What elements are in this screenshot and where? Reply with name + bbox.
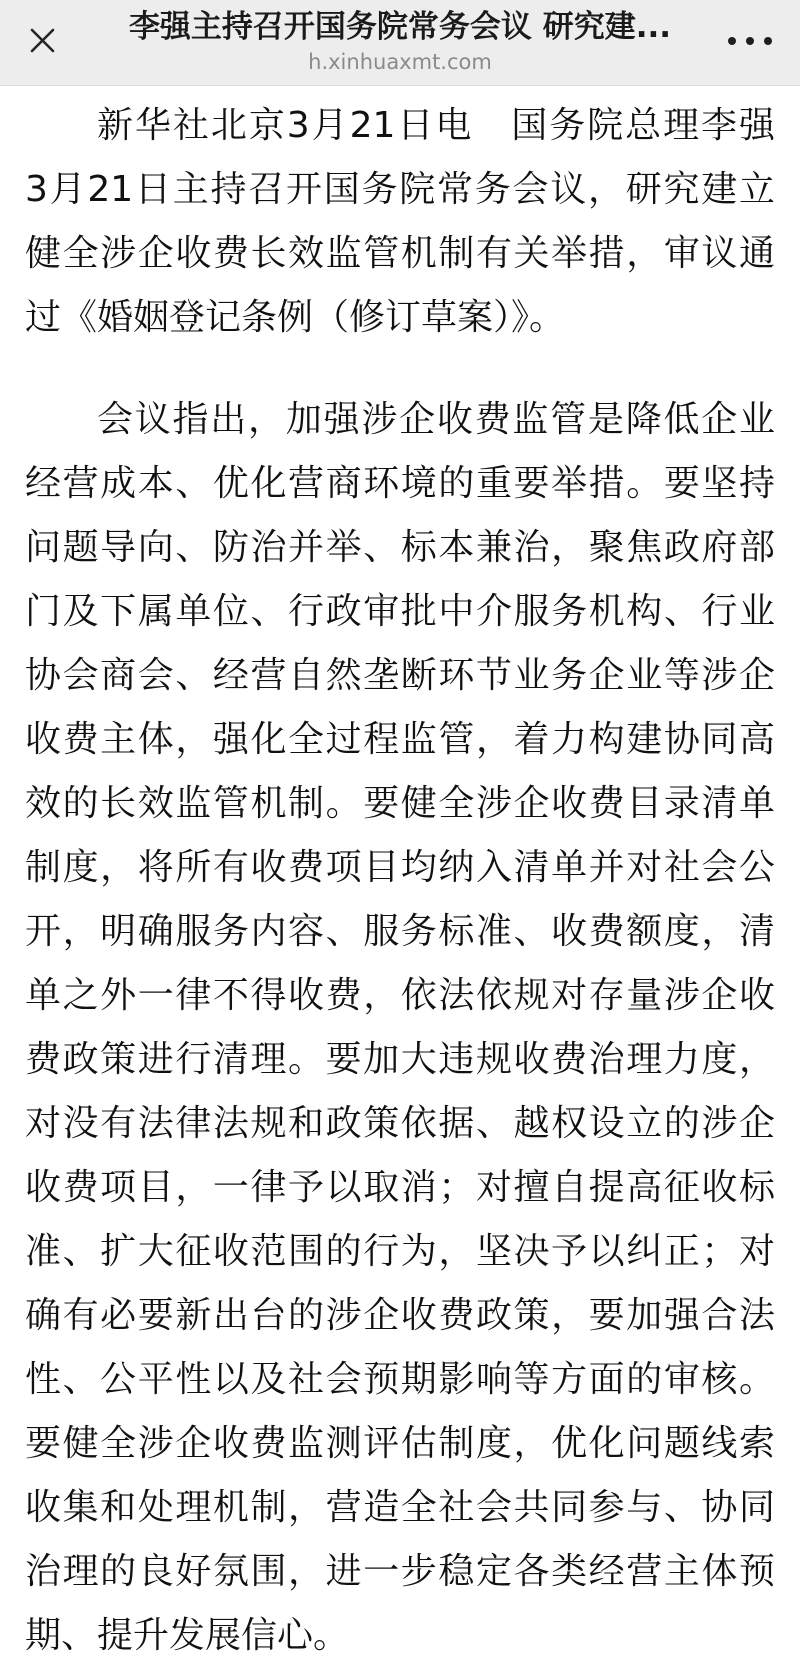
- text-line: 收费项目，一律予以取消；对擅自提高征收标: [25, 1156, 775, 1220]
- text-line: 治理的良好氛围，进一步稳定各类经营主体预: [25, 1540, 775, 1604]
- text-line: 开，明确服务内容、服务标准、收费额度，清: [25, 900, 775, 964]
- page-url: h.xinhuaxmt.com: [95, 48, 705, 76]
- text-line: 制度，将所有收费项目均纳入清单并对社会公: [25, 836, 775, 900]
- text-line: 经营成本、优化营商环境的重要举措。要坚持: [25, 452, 775, 516]
- text-line: 准、扩大征收范围的行为，坚决予以纠正；对: [25, 1220, 775, 1284]
- text-line: 确有必要新出台的涉企收费政策，要加强合法: [25, 1284, 775, 1348]
- article-content: 新华社北京3月21日电 国务院总理李强3月21日主持召开国务院常务会议，研究建立…: [0, 86, 800, 1668]
- text-line: 健全涉企收费长效监管机制有关举措，审议通: [25, 222, 775, 286]
- close-button[interactable]: [20, 18, 64, 62]
- text-line: 效的长效监管机制。要健全涉企收费目录清单: [25, 772, 775, 836]
- wechat-browser-screen: 李强主持召开国务院常务会议 研究建... h.xinhuaxmt.com 新华社…: [0, 0, 800, 1679]
- paragraph: 会议指出，加强涉企收费监管是降低企业经营成本、优化营商环境的重要举措。要坚持问题…: [25, 388, 775, 1668]
- text-line: 收费主体，强化全过程监管，着力构建协同高: [25, 708, 775, 772]
- text-line: 期、提升发展信心。: [25, 1604, 775, 1668]
- text-line: 问题导向、防治并举、标本兼治，聚焦政府部: [25, 516, 775, 580]
- page-title: 李强主持召开国务院常务会议 研究建...: [95, 8, 705, 46]
- ellipsis-dot: [728, 37, 736, 45]
- paragraph: 新华社北京3月21日电 国务院总理李强3月21日主持召开国务院常务会议，研究建立…: [25, 94, 775, 350]
- text-line: 新华社北京3月21日电 国务院总理李强: [25, 94, 775, 158]
- text-line: 过《婚姻登记条例（修订草案）》。: [25, 286, 775, 350]
- close-icon: [29, 27, 56, 54]
- text-line: 会议指出，加强涉企收费监管是降低企业: [25, 388, 775, 452]
- article-body: 新华社北京3月21日电 国务院总理李强3月21日主持召开国务院常务会议，研究建立…: [25, 94, 775, 1668]
- text-line: 费政策进行清理。要加大违规收费治理力度，: [25, 1028, 775, 1092]
- text-line: 收集和处理机制，营造全社会共同参与、协同: [25, 1476, 775, 1540]
- text-line: 性、公平性以及社会预期影响等方面的审核。: [25, 1348, 775, 1412]
- text-line: 要健全涉企收费监测评估制度，优化问题线索: [25, 1412, 775, 1476]
- ellipsis-icon: [728, 37, 772, 45]
- text-line: 对没有法律法规和政策依据、越权设立的涉企: [25, 1092, 775, 1156]
- more-menu-button[interactable]: [722, 24, 778, 58]
- text-line: 3月21日主持召开国务院常务会议，研究建立: [25, 158, 775, 222]
- text-line: 单之外一律不得收费，依法依规对存量涉企收: [25, 964, 775, 1028]
- ellipsis-dot: [764, 37, 772, 45]
- text-line: 协会商会、经营自然垄断环节业务企业等涉企: [25, 644, 775, 708]
- browser-navbar: 李强主持召开国务院常务会议 研究建... h.xinhuaxmt.com: [0, 0, 800, 86]
- ellipsis-dot: [746, 37, 754, 45]
- text-line: 门及下属单位、行政审批中介服务机构、行业: [25, 580, 775, 644]
